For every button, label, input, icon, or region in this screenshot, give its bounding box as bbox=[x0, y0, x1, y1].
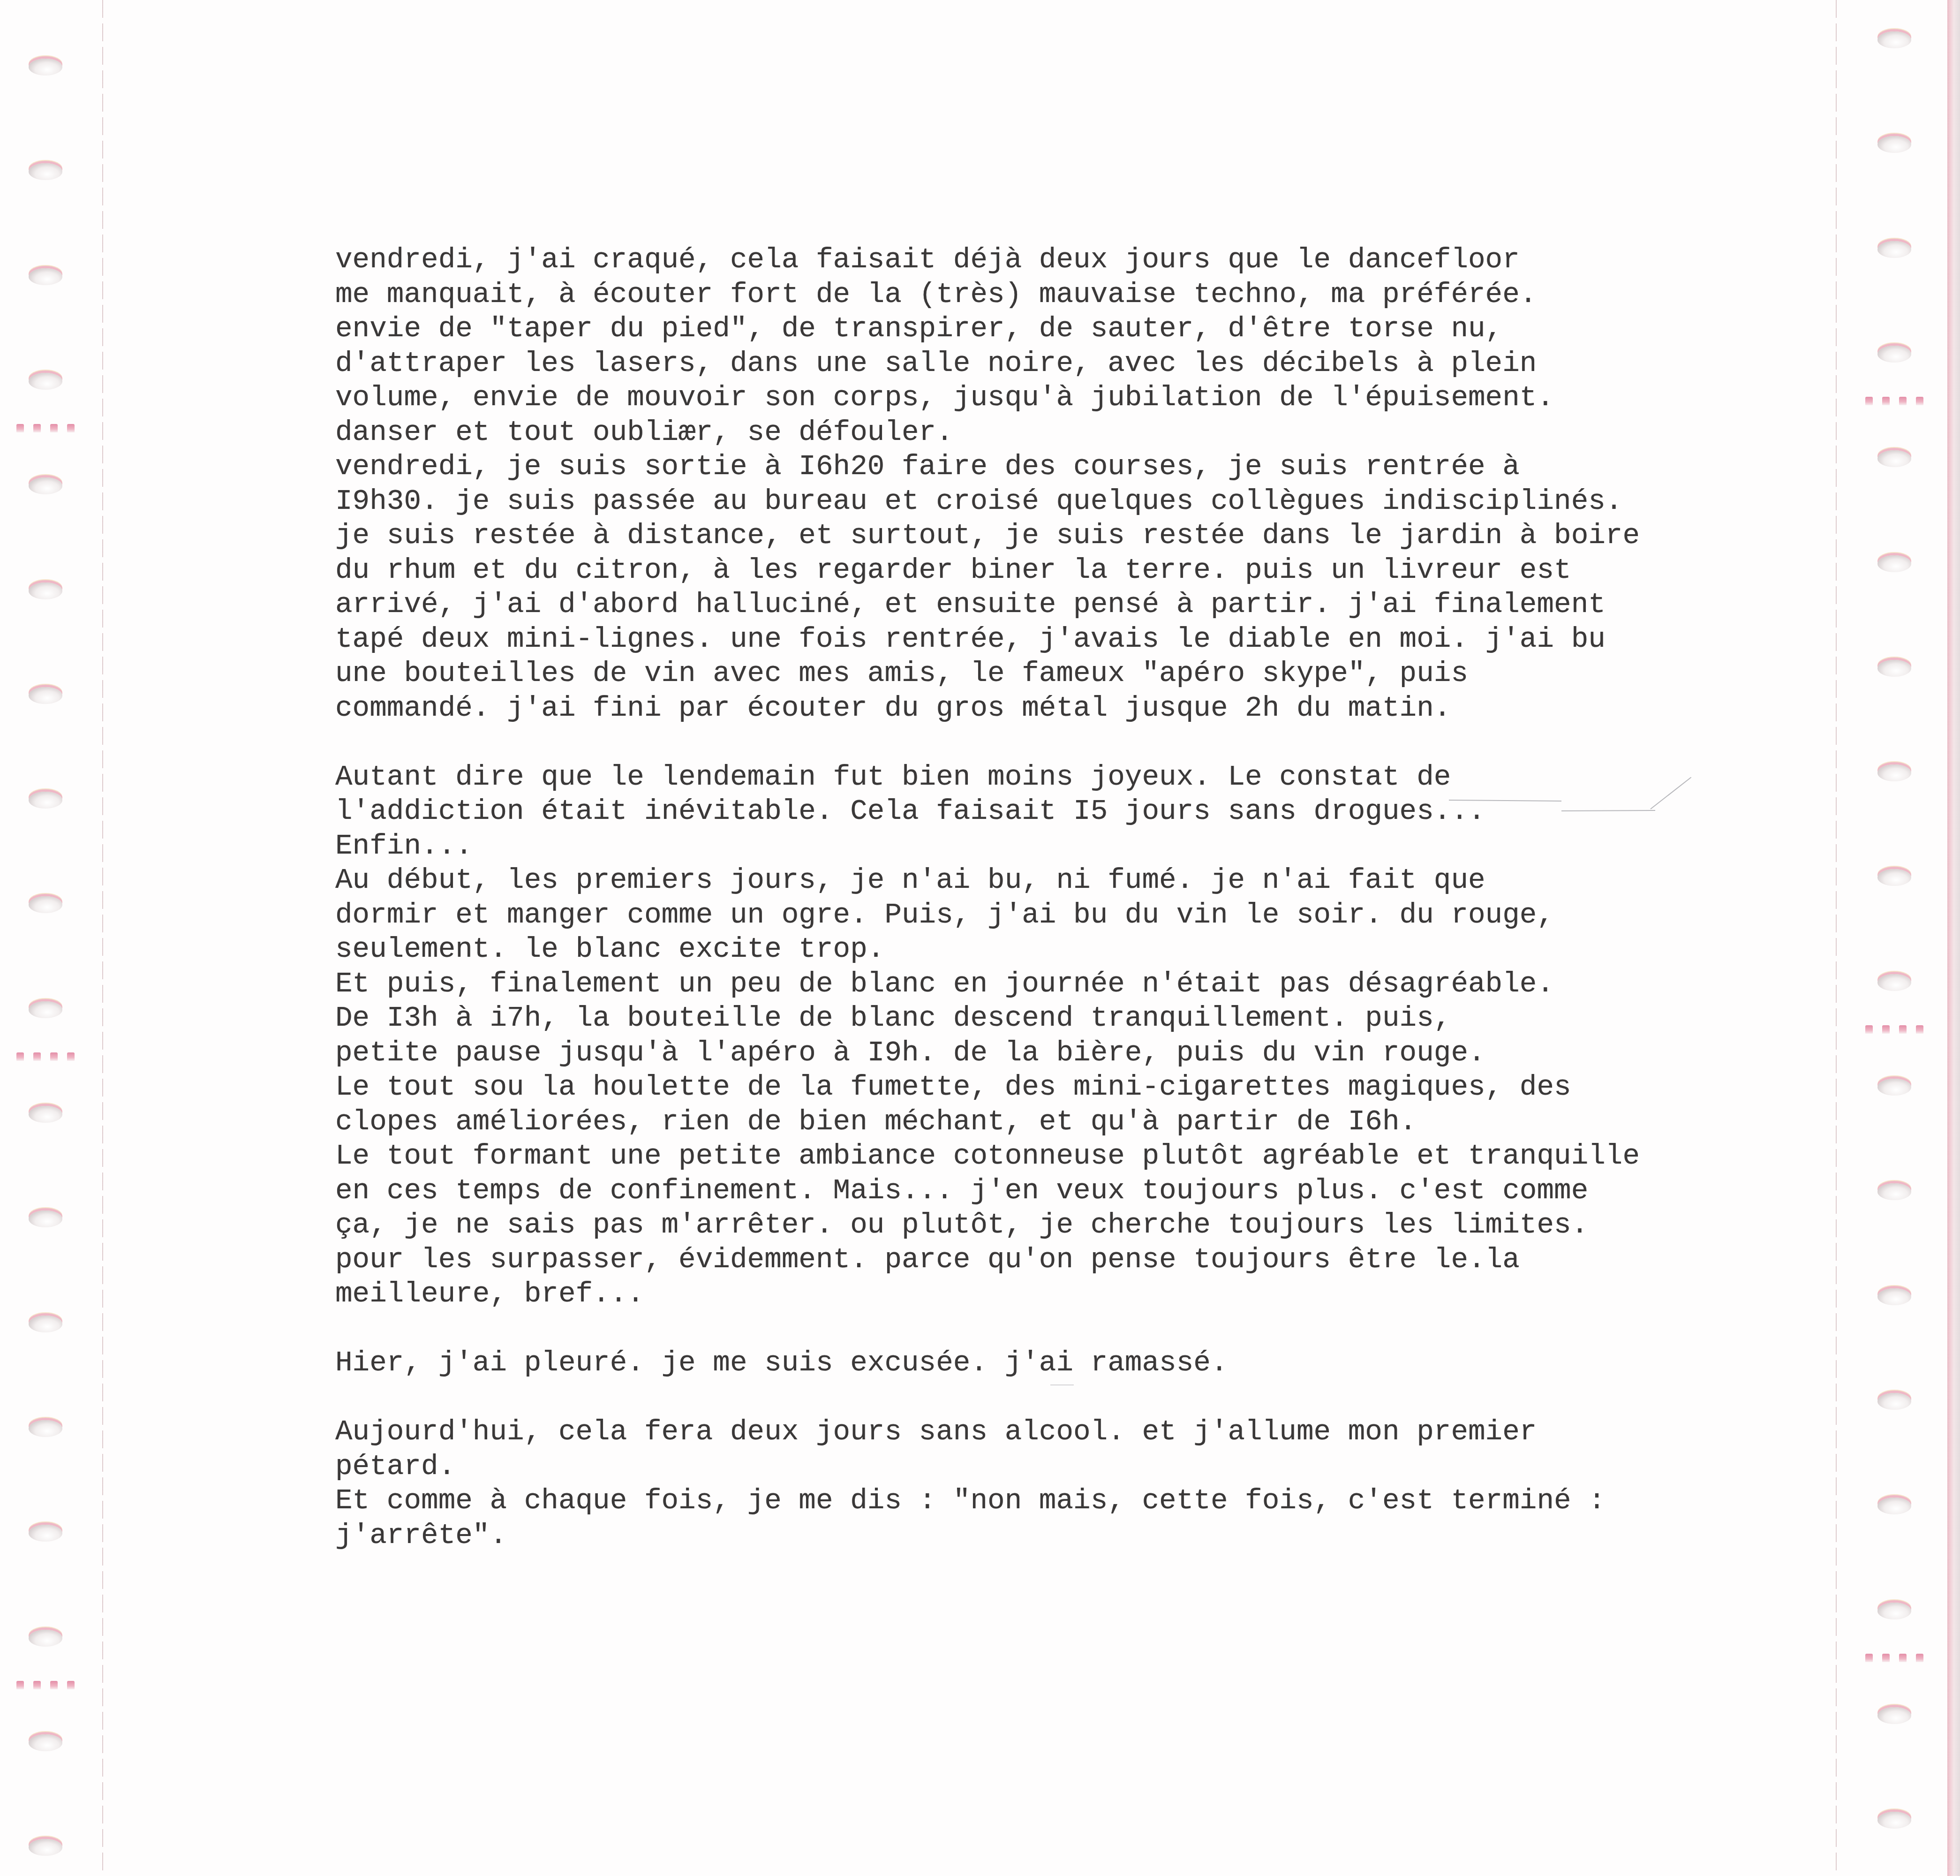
feed-hole bbox=[29, 896, 62, 913]
tick-mark bbox=[50, 1052, 58, 1061]
feed-hole bbox=[1877, 764, 1911, 781]
text-line: petite pause jusqu'à l'apéro à I9h. de l… bbox=[335, 1036, 1640, 1071]
text-line: Enfin... bbox=[335, 829, 1640, 864]
text-line: l'addiction était inévitable. Cela faisa… bbox=[335, 794, 1640, 829]
feed-hole bbox=[1877, 31, 1911, 48]
feed-hole bbox=[1877, 1707, 1911, 1724]
feed-hole bbox=[1877, 346, 1911, 363]
tick-mark bbox=[33, 1681, 41, 1689]
tick-mark bbox=[33, 424, 41, 432]
tick-mark bbox=[1916, 397, 1923, 405]
tick-mark bbox=[16, 1052, 24, 1061]
text-line: commandé. j'ai fini par écouter du gros … bbox=[335, 691, 1640, 726]
feed-hole bbox=[1877, 660, 1911, 677]
text-line: De I3h à i7h, la bouteille de blanc desc… bbox=[335, 1001, 1640, 1036]
tick-mark bbox=[1899, 1025, 1907, 1034]
feed-hole bbox=[1877, 241, 1911, 258]
tick-mark bbox=[1882, 397, 1890, 405]
right-paper-edge bbox=[1947, 0, 1960, 1876]
text-line: Et comme à chaque fois, je me dis : "non… bbox=[335, 1484, 1640, 1519]
text-line: danser et tout oubliær, se défouler. bbox=[335, 416, 1640, 450]
tick-mark bbox=[16, 1681, 24, 1689]
text-line: tapé deux mini-lignes. une fois rentrée,… bbox=[335, 622, 1640, 657]
text-line: Autant dire que le lendemain fut bien mo… bbox=[335, 760, 1640, 795]
page-break-tick-marks bbox=[16, 424, 75, 432]
text-line: une bouteilles de vin avec mes amis, le … bbox=[335, 657, 1640, 691]
feed-hole bbox=[29, 373, 62, 390]
feed-hole bbox=[1877, 1393, 1911, 1410]
feed-hole bbox=[29, 792, 62, 809]
feed-hole bbox=[29, 1001, 62, 1018]
blank-line bbox=[335, 1312, 1640, 1346]
feed-hole bbox=[1877, 1498, 1911, 1514]
feed-hole bbox=[1877, 450, 1911, 467]
text-line: vendredi, j'ai craqué, cela faisait déjà… bbox=[335, 243, 1640, 278]
feed-hole bbox=[29, 163, 62, 180]
tick-mark bbox=[1865, 397, 1873, 405]
feed-hole bbox=[29, 1210, 62, 1227]
text-line: Le tout formant une petite ambiance coto… bbox=[335, 1139, 1640, 1174]
text-line: d'attraper les lasers, dans une salle no… bbox=[335, 347, 1640, 381]
left-perforation-line bbox=[102, 0, 103, 1876]
text-line: Aujourd'hui, cela fera deux jours sans a… bbox=[335, 1415, 1640, 1450]
feed-hole bbox=[1877, 1603, 1911, 1619]
tick-mark bbox=[16, 424, 24, 432]
text-line: envie de "taper du pied", de transpirer,… bbox=[335, 312, 1640, 347]
feed-hole bbox=[29, 1630, 62, 1647]
feed-hole bbox=[29, 268, 62, 285]
text-line: volume, envie de mouvoir son corps, jusq… bbox=[335, 381, 1640, 416]
text-line: seulement. le blanc excite trop. bbox=[335, 932, 1640, 967]
tick-mark bbox=[1916, 1654, 1923, 1662]
text-line: Et puis, finalement un peu de blanc en j… bbox=[335, 967, 1640, 1002]
page-break-tick-marks bbox=[1865, 1654, 1923, 1662]
tick-mark bbox=[67, 1681, 75, 1689]
text-line: ça, je ne sais pas m'arrêter. ou plutôt,… bbox=[335, 1208, 1640, 1243]
text-line: arrivé, j'ai d'abord halluciné, et ensui… bbox=[335, 588, 1640, 622]
blank-line bbox=[335, 726, 1640, 760]
feed-hole bbox=[1877, 555, 1911, 572]
feed-hole bbox=[29, 59, 62, 76]
tick-mark bbox=[67, 1052, 75, 1061]
feed-hole bbox=[29, 1420, 62, 1437]
text-line: vendredi, je suis sortie à I6h20 faire d… bbox=[335, 450, 1640, 484]
typewritten-body-text: vendredi, j'ai craqué, cela faisait déjà… bbox=[335, 243, 1640, 1553]
text-line: j'arrête". bbox=[335, 1519, 1640, 1553]
feed-hole bbox=[29, 1839, 62, 1856]
tick-mark bbox=[67, 424, 75, 432]
text-line: je suis restée à distance, et surtout, j… bbox=[335, 519, 1640, 553]
feed-hole bbox=[1877, 1812, 1911, 1829]
tick-mark bbox=[1882, 1654, 1890, 1662]
text-line: du rhum et du citron, à les regarder bin… bbox=[335, 553, 1640, 588]
feed-hole bbox=[1877, 869, 1911, 886]
text-line: en ces temps de confinement. Mais... j'e… bbox=[335, 1174, 1640, 1209]
tick-mark bbox=[50, 1681, 58, 1689]
feed-hole bbox=[1877, 1288, 1911, 1305]
feed-hole bbox=[29, 687, 62, 704]
text-line: Le tout sou la houlette de la fumette, d… bbox=[335, 1070, 1640, 1105]
text-line: pétard. bbox=[335, 1450, 1640, 1484]
right-perforation-line bbox=[1836, 0, 1837, 1876]
tick-mark bbox=[1899, 1654, 1907, 1662]
tick-mark bbox=[50, 424, 58, 432]
feed-hole bbox=[29, 477, 62, 494]
tick-mark bbox=[1865, 1654, 1873, 1662]
tick-mark bbox=[1916, 1025, 1923, 1034]
text-line: dormir et manger comme un ogre. Puis, j'… bbox=[335, 898, 1640, 933]
feed-hole bbox=[29, 1734, 62, 1751]
feed-hole bbox=[29, 1525, 62, 1542]
page-break-tick-marks bbox=[16, 1052, 75, 1061]
text-line: meilleure, bref... bbox=[335, 1277, 1640, 1312]
feed-hole bbox=[29, 1106, 62, 1123]
page-break-tick-marks bbox=[1865, 397, 1923, 405]
feed-hole bbox=[29, 582, 62, 599]
tick-mark bbox=[33, 1052, 41, 1061]
page-break-tick-marks bbox=[16, 1681, 75, 1689]
feed-hole bbox=[1877, 1183, 1911, 1200]
blank-line bbox=[335, 1381, 1640, 1415]
tick-mark bbox=[1865, 1025, 1873, 1034]
tick-mark bbox=[1882, 1025, 1890, 1034]
tick-mark bbox=[1899, 397, 1907, 405]
text-line: pour les surpasser, évidemment. parce qu… bbox=[335, 1243, 1640, 1278]
text-line: Hier, j'ai pleuré. je me suis excusée. j… bbox=[335, 1346, 1640, 1381]
text-line: Au début, les premiers jours, je n'ai bu… bbox=[335, 863, 1640, 898]
page-break-tick-marks bbox=[1865, 1025, 1923, 1034]
continuous-form-page: vendredi, j'ai craqué, cela faisait déjà… bbox=[0, 0, 1960, 1876]
feed-hole bbox=[1877, 136, 1911, 153]
feed-hole bbox=[1877, 974, 1911, 991]
text-line: I9h30. je suis passée au bureau et crois… bbox=[335, 484, 1640, 519]
text-line: me manquait, à écouter fort de la (très)… bbox=[335, 278, 1640, 312]
text-line: clopes améliorées, rien de bien méchant,… bbox=[335, 1105, 1640, 1140]
feed-hole bbox=[29, 1316, 62, 1332]
feed-hole bbox=[1877, 1079, 1911, 1096]
pencil-stroke-mark bbox=[1650, 777, 1691, 809]
